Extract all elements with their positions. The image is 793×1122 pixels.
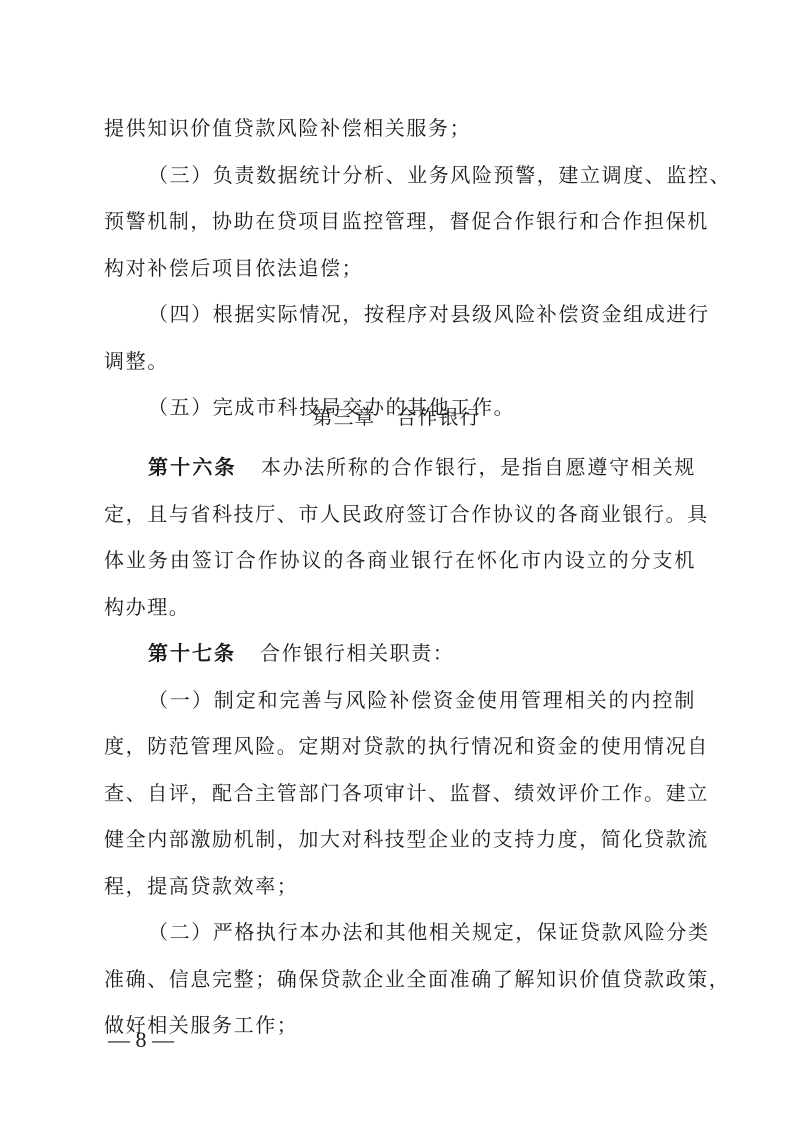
paragraph-line: 调整。 [104, 347, 696, 375]
chapter-heading: 第三章 合作银行 [0, 403, 793, 431]
paragraph-line: 度，防范管理风险。定期对贷款的执行情况和资金的使用情况自 [104, 732, 696, 760]
article-17-label: 第十七条 [148, 641, 236, 665]
paragraph-line: 程，提高贷款效率； [104, 872, 696, 900]
paragraph-line: 健全内部激励机制，加大对科技型企业的支持力度，简化贷款流 [104, 825, 696, 853]
article-16-text: 本办法所称的合作银行，是指自愿遵守相关规 [261, 455, 696, 479]
article-16-first-line: 第十六条本办法所称的合作银行，是指自愿遵守相关规 [148, 453, 696, 481]
paragraph-line: 体业务由签订合作协议的各商业银行在怀化市内设立的分支机 [104, 546, 696, 574]
paragraph-line: 提供知识价值贷款风险补偿相关服务； [104, 114, 696, 142]
paragraph-line: 做好相关服务工作； [104, 1011, 696, 1039]
page-number: — 8 — [108, 1026, 174, 1054]
paragraph-line: 预警机制，协助在贷项目监控管理，督促合作银行和合作担保机 [104, 207, 696, 235]
paragraph-line: 查、自评，配合主管部门各项审计、监督、绩效评价工作。建立 [104, 779, 696, 807]
article-17-intro: 合作银行相关职责： [260, 641, 454, 665]
paragraph-line: （二）严格执行本办法和其他相关规定，保证贷款风险分类 [148, 918, 696, 946]
paragraph-line: 构对补偿后项目依法追偿； [104, 254, 696, 282]
article-17-first-line: 第十七条合作银行相关职责： [148, 639, 696, 667]
document-page: 提供知识价值贷款风险补偿相关服务； （三）负责数据统计分析、业务风险预警，建立调… [0, 0, 793, 1122]
paragraph-line: 定，且与省科技厅、市人民政府签订合作协议的各商业银行。具 [104, 500, 696, 528]
article-16-label: 第十六条 [148, 455, 237, 479]
paragraph-line: （一）制定和完善与风险补偿资金使用管理相关的内控制 [148, 686, 696, 714]
paragraph-line: 准确、信息完整；确保贷款企业全面准确了解知识价值贷款政策， [104, 965, 696, 993]
paragraph-line: （四）根据实际情况，按程序对县级风险补偿资金组成进行 [148, 300, 696, 328]
paragraph-line: 构办理。 [104, 593, 696, 621]
paragraph-line: （三）负责数据统计分析、业务风险预警，建立调度、监控、 [148, 161, 696, 189]
